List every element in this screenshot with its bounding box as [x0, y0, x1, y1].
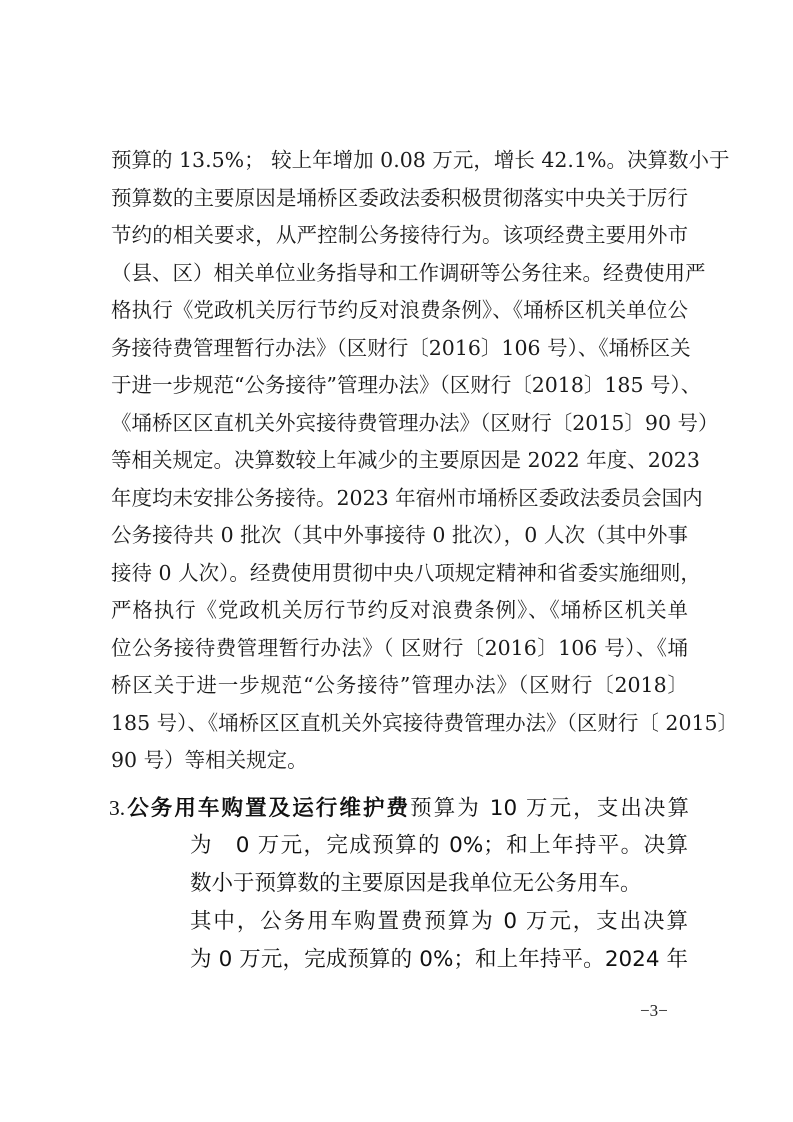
paragraph-line: 位公务接待费管理暂行办法》（ 区财行〔2016〕106 号）、《埇 [111, 633, 688, 663]
paragraph-line: 接待 0 人次）。经费使用贯彻中央八项规定精神和省委实施细则， [111, 558, 688, 588]
paragraph-line: 格执行《党政机关厉行节约反对浪费条例》、《埇桥区机关单位公 [111, 295, 688, 325]
paragraph-line: 90 号）等相关规定。 [111, 745, 688, 775]
page-number: −3− [640, 1000, 668, 1022]
section-3-line: 为 0 万元，完成预算的 0%；和上年持平。决算 [190, 831, 688, 861]
section-number: 3. [109, 796, 125, 820]
section-3-line: 数小于预算数的主要原因是我单位无公务用车。 [190, 869, 688, 899]
paragraph-line: 《埇桥区区直机关外宾接待费管理办法》（区财行〔2015〕90 号） [111, 408, 688, 438]
section-title: 公务用车购置及运行维护费 [125, 796, 410, 821]
paragraph-line: 严格执行《党政机关厉行节约反对浪费条例》、《埇桥区机关单 [111, 595, 688, 625]
paragraph-line: 务接待费管理暂行办法》（区财行〔2016〕106 号）、《埇桥区关 [111, 333, 688, 363]
paragraph-line: 预算数的主要原因是埇桥区委政法委积极贯彻落实中央关于厉行 [111, 183, 688, 213]
document-page: 预算的 13.5%； 较上年增加 0.08 万元，增长 42.1%。决算数小于 … [0, 0, 793, 1122]
paragraph-line: 185 号）、《埇桥区区直机关外宾接待费管理办法》（区财行〔 2015〕 [111, 708, 688, 738]
section-3-line: 其中，公务用车购置费预算为 0 万元，支出决算 [190, 907, 688, 937]
paragraph-line: 于进一步规范“公务接待”管理办法》（区财行〔2018〕185 号）、 [111, 370, 688, 400]
section-3-heading-line: 3.公务用车购置及运行维护费预算为 10 万元，支出决算 [109, 793, 689, 823]
paragraph-line: 桥区关于进一步规范“公务接待”管理办法》（区财行〔2018〕 [111, 670, 688, 700]
paragraph-line: 节约的相关要求，从严控制公务接待行为。该项经费主要用外市 [111, 220, 688, 250]
section-first-line-text: 预算为 10 万元，支出决算 [410, 796, 689, 821]
paragraph-line: 公务接待共 0 批次（其中外事接待 0 批次），0 人次（其中外事 [111, 520, 688, 550]
section-3-line: 为 0 万元，完成预算的 0%；和上年持平。2024 年 [190, 945, 688, 975]
paragraph-line: 等相关规定。决算数较上年减少的主要原因是 2022 年度、2023 [111, 445, 688, 475]
paragraph-line: 预算的 13.5%； 较上年增加 0.08 万元，增长 42.1%。决算数小于 [111, 145, 688, 175]
paragraph-line: （县、区）相关单位业务指导和工作调研等公务往来。经费使用严 [111, 258, 688, 288]
paragraph-line: 年度均未安排公务接待。2023 年宿州市埇桥区委政法委员会国内 [111, 483, 688, 513]
